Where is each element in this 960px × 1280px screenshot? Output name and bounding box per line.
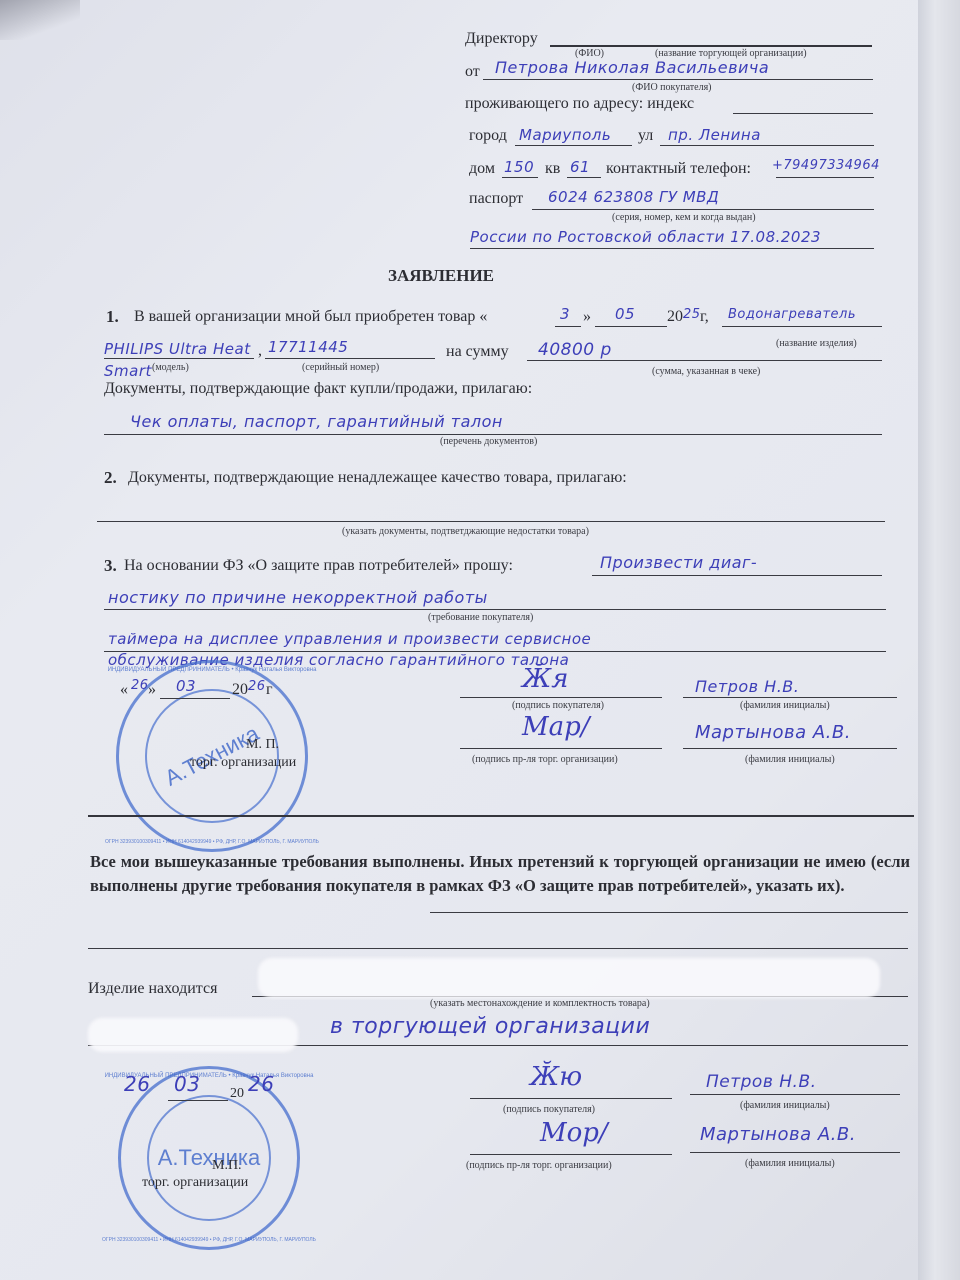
sum-label: на сумму: [446, 343, 509, 361]
apt-line: [567, 177, 601, 178]
date-close: »: [148, 681, 156, 699]
house-label: дом: [469, 160, 495, 178]
city-value: Мариуполь: [519, 126, 611, 144]
date-month-2: 03: [174, 1072, 200, 1096]
seller-name-short-2: Мартынова А.В.: [700, 1124, 856, 1145]
model-value: PHILIPS Ultra Heat Smart: [104, 338, 264, 382]
closing-statement: Все мои вышеуказанные требования выполне…: [90, 850, 910, 898]
address-label: проживающего по адресу: индекс: [465, 95, 694, 113]
request-text-3: таймера на дисплее управления и произвес…: [108, 630, 591, 648]
docs-caption: (перечень документов): [440, 436, 537, 447]
date-year-suffix-2: 26: [248, 1072, 274, 1096]
org-label-2: торг. организации: [142, 1175, 248, 1191]
location-value: в торгующей организации: [330, 1014, 650, 1039]
docs-label: Документы, подтверждающие факт купли/про…: [104, 380, 532, 398]
buyer-name-short-2: Петров Н.В.: [706, 1072, 817, 1092]
seller-sign-line: [460, 748, 662, 749]
serial-value: 17711445: [268, 338, 348, 356]
correction-fluid: [258, 958, 880, 998]
phone-line: [776, 177, 874, 178]
request-line-2: [104, 609, 886, 610]
seller-sign-line-2: [470, 1154, 672, 1155]
quote-close: »: [583, 308, 591, 326]
model-caption: (модель): [152, 362, 189, 373]
sum-caption: (сумма, указанная в чеке): [652, 366, 760, 377]
date-open: «: [120, 681, 128, 699]
mp-label: М. П.: [246, 737, 279, 753]
city-line: [515, 145, 632, 146]
location-caption: (указать местонахождение и комплектность…: [430, 998, 650, 1009]
request-text-1: Произвести диаг-: [600, 553, 757, 572]
postal-code-line: [733, 113, 873, 114]
seller-name-short: Мартынова А.В.: [695, 722, 851, 743]
day-line: [555, 326, 581, 327]
stamp-ring-bottom: ОГРН 323930100309411 • ИНН 614042939949 …: [102, 1237, 316, 1243]
name-caption-2: (фамилия инициалы): [745, 754, 835, 765]
passport-label: паспорт: [469, 190, 523, 208]
street-line: [660, 145, 874, 146]
date-day-2: 26: [124, 1072, 150, 1096]
serial-caption: (серийный номер): [302, 362, 379, 373]
section-2-number: 2.: [104, 468, 117, 488]
year-g: г,: [700, 308, 709, 326]
buyer-name-line: [483, 79, 873, 80]
mp-label-2: М.П.: [212, 1158, 242, 1174]
date-month-line: [160, 698, 230, 699]
seller-sign-caption-2: (подпись пр-ля торг. организации): [466, 1160, 612, 1171]
seller-signature-2: Мор/: [540, 1118, 608, 1148]
buyer-sign-caption-2: (подпись покупателя): [503, 1104, 595, 1115]
street-label: ул: [638, 127, 653, 145]
passport-line: [532, 209, 874, 210]
section-2-line: [97, 521, 885, 522]
apt-label: кв: [545, 160, 560, 178]
stamp-ring-top: ИНДИВИДУАЛЬНЫЙ ПРЕДПРИНИМАТЕЛЬ • Кравчук…: [108, 667, 317, 673]
date-month-line-2: [168, 1100, 228, 1101]
docs-value: Чек оплаты, паспорт, гарантийный талон: [130, 412, 503, 431]
name-caption-b2: (фамилия инициалы): [740, 1100, 830, 1111]
seller-name-line: [683, 748, 897, 749]
buyer-sign-line-2: [470, 1098, 672, 1099]
section-1-text: В вашей организации мной был приобретен …: [134, 308, 487, 326]
docs-line: [104, 434, 882, 435]
passport-value: 6024 623808 ГУ МВД: [548, 188, 719, 206]
request-line-1: [592, 575, 882, 576]
section-3-number: 3.: [104, 556, 117, 576]
house-line: [502, 177, 538, 178]
location-label: Изделие находится: [88, 980, 217, 998]
section-3-caption: (требование покупателя): [428, 612, 533, 623]
buyer-name-short: Петров Н.В.: [695, 677, 799, 696]
apt-value: 61: [570, 158, 590, 176]
city-label: город: [469, 127, 507, 145]
section-2-caption: (указать документы, подтветджающие недос…: [342, 526, 589, 537]
section-3-text: На основании ФЗ «О защите прав потребите…: [124, 557, 513, 575]
sum-value: 40800 р: [538, 340, 612, 360]
purchase-month: 05: [615, 305, 635, 323]
buyer-sign-line: [460, 697, 662, 698]
stamp-brand: А.Техника: [158, 1145, 261, 1171]
section-2-text: Документы, подтверждающие ненадлежащее к…: [128, 469, 627, 487]
section-divider: [88, 815, 914, 817]
buyer-signature-2: Ӂю: [530, 1062, 582, 1092]
buyer-name-value: Петрова Николая Васильевича: [495, 58, 769, 77]
page-title: ЗАЯВЛЕНИЕ: [388, 266, 494, 286]
year-prefix: 20: [667, 308, 683, 326]
house-value: 150: [504, 158, 534, 176]
sum-line: [527, 360, 882, 361]
correction-fluid-2: [88, 1018, 298, 1052]
date-day: 26: [131, 678, 149, 693]
seller-name-line-2: [690, 1152, 900, 1153]
stamp-ring-bottom: ОГРН 323930100309411 • ИНН 614042939949 …: [105, 839, 319, 845]
org-label: торг. организации: [190, 755, 296, 771]
product-caption: (название изделия): [776, 338, 857, 349]
passport-caption: (серия, номер, кем и когда выдан): [612, 212, 756, 223]
date-month: 03: [176, 677, 196, 695]
date-year-prefix: 20: [232, 681, 248, 699]
month-line: [595, 326, 667, 327]
comma: ,: [258, 342, 262, 360]
phone-value: +79497334964: [772, 158, 880, 173]
purchase-day: 3: [560, 305, 570, 323]
buyer-name-line: [683, 697, 897, 698]
product-line: [722, 326, 882, 327]
buyer-name-line-2: [690, 1094, 900, 1095]
buyer-caption: (ФИО покупателя): [632, 82, 712, 93]
buyer-signature: Ӂя: [522, 664, 568, 694]
buyer-sign-caption: (подпись покупателя): [512, 700, 604, 711]
seller-signature: Мар/: [522, 712, 590, 742]
shadow: [0, 0, 80, 40]
date-year-prefix-2: 20: [230, 1086, 244, 1102]
seller-sign-caption: (подпись пр-ля торг. организации): [472, 754, 618, 765]
name-caption: (фамилия инициалы): [740, 700, 830, 711]
section-1-number: 1.: [106, 307, 119, 327]
phone-label: контактный телефон:: [606, 160, 751, 178]
year-suffix: 25: [683, 307, 701, 322]
background-surface: [918, 0, 960, 1280]
street-value: пр. Ленина: [668, 126, 761, 144]
passport-value-2: России по Ростовской области 17.08.2023: [470, 228, 821, 246]
director-line: [550, 45, 872, 47]
passport-line-2: [470, 248, 874, 249]
date-year-suffix: 26: [248, 679, 266, 694]
date-g: г: [266, 681, 273, 699]
director-label: Директору: [465, 30, 538, 48]
request-text-2: ностику по причине некорректной работы: [108, 588, 488, 607]
product-name: Водонагреватель: [728, 307, 856, 322]
closing-line-2: [88, 948, 908, 949]
from-label: от: [465, 63, 480, 81]
closing-line-1: [430, 912, 908, 913]
serial-line: [265, 358, 435, 359]
name-caption-b2-2: (фамилия инициалы): [745, 1158, 835, 1169]
